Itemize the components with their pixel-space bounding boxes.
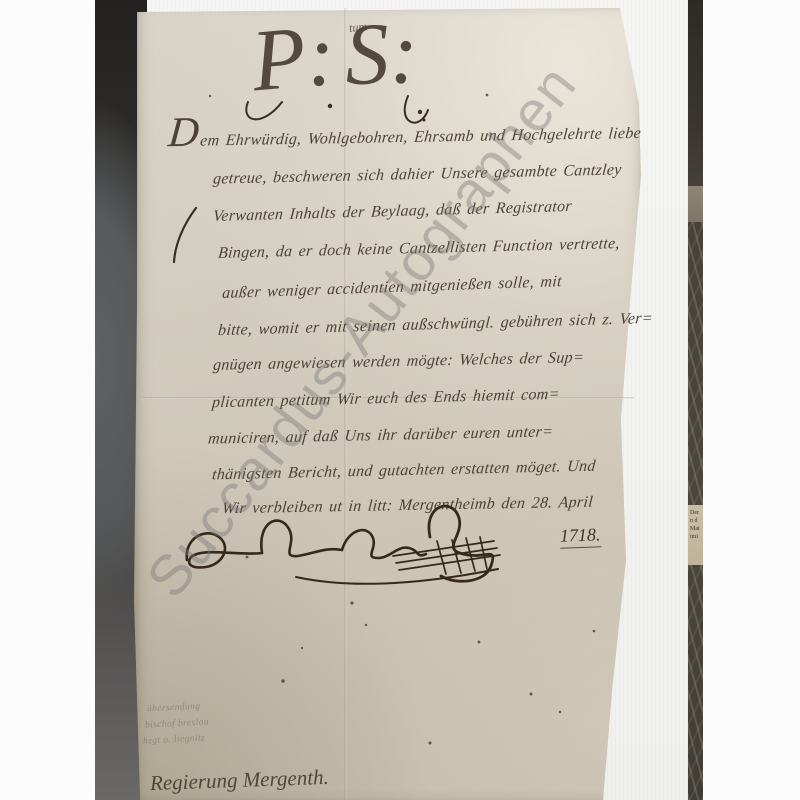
ink-flourishes-layer	[0, 0, 800, 800]
ink-dots	[328, 104, 426, 122]
opening-flourish-strokes	[174, 96, 428, 262]
signature-flourish	[187, 506, 500, 584]
photo-of-manuscript: Der n d Mat imi P: S: tum Dem Ehrwürdig,…	[0, 0, 800, 800]
paper-specks	[209, 94, 596, 745]
